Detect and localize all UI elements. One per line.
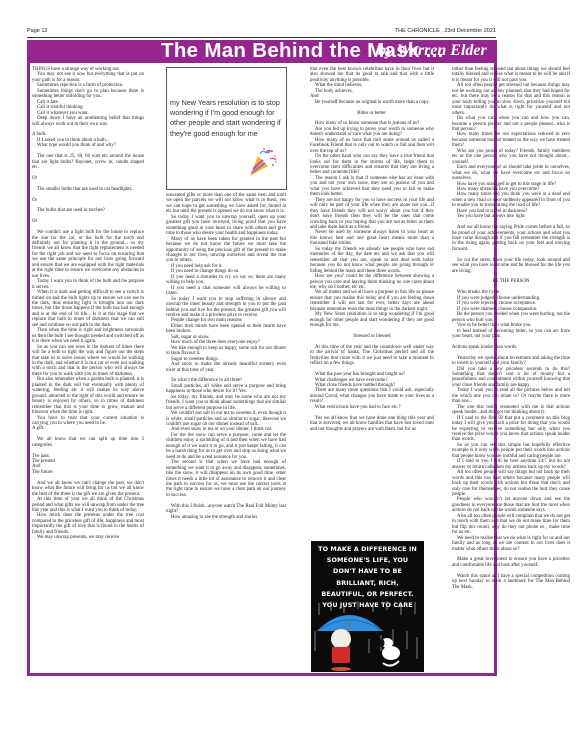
article-paragraph: Who are you proud of today? Friends, fam… xyxy=(452,149,570,165)
article-paragraph: The bulbs that are used in torches? xyxy=(32,208,144,213)
article-paragraph: My New Years resolution is to stop wonde… xyxy=(310,312,434,328)
article-paragraph: And snow to make the already beautiful s… xyxy=(166,362,286,373)
article-paragraph: All too often people will say things but… xyxy=(452,470,570,497)
article-paragraph: How many times did you think you were at… xyxy=(452,192,570,208)
article-paragraph: Today I want you to think of the bulb an… xyxy=(32,279,144,290)
article-paragraph: We couldn't use a light bulb for the hou… xyxy=(32,230,144,279)
article-paragraph: Small particles, all white and serve a p… xyxy=(166,384,286,395)
article-paragraph: Deep down I have an unrelenting belief t… xyxy=(32,116,144,127)
article-column-3: that even the best known celebrities hav… xyxy=(310,67,434,432)
bottom-border xyxy=(27,673,497,676)
page-number: Page 12 xyxy=(27,28,48,34)
article-paragraph: Many of us have been taken for granted i… xyxy=(166,237,286,264)
article-paragraph: Or xyxy=(32,219,144,224)
article-paragraph: Yes you have but always into light. xyxy=(452,214,570,219)
article-paragraph: Either their minds have been opened or t… xyxy=(166,324,286,335)
article-paragraph: If I said to you I will be here anytime … xyxy=(452,459,570,470)
article-paragraph: So today I want you to stop suffering in… xyxy=(166,297,286,319)
article-paragraph: Be yourself because an original is worth… xyxy=(310,100,434,105)
article-paragraph: How amazing to see the strength and stor… xyxy=(166,515,286,520)
article-paragraph: On the other hand who can say they have … xyxy=(310,154,434,176)
article-paragraph: When it is dark and getting difficult to… xyxy=(32,290,144,328)
article-paragraph: There are many more questions that I cou… xyxy=(310,388,434,404)
article-paragraph: Today I want you to read all the picture… xyxy=(452,388,570,404)
article-paragraph: And we all know we can't change the past… xyxy=(32,481,144,497)
byline: by Warren Elder xyxy=(378,42,487,60)
article-paragraph: So today my friends we already see peopl… xyxy=(310,247,434,274)
article-paragraph: Yesterday we spoke about investment and … xyxy=(452,356,570,367)
article-paragraph: BE THE PERSON xyxy=(452,279,570,284)
article-paragraph: Or xyxy=(32,176,144,181)
article-paragraph: They are not happy for you to have succe… xyxy=(310,198,434,231)
caring-quote-poster: TO MAKE A DIFFERENCE IN SOMEONE'S LIFE, … xyxy=(311,541,424,672)
article-paragraph: So as you can see even in the darkest of… xyxy=(32,345,144,378)
article-paragraph: Each and everyone of us should take prid… xyxy=(452,165,570,181)
article-paragraph: We all matter and we all have a purpose … xyxy=(310,290,434,312)
quote-text: my New Years resolution is to stop wonde… xyxy=(170,98,288,139)
article-paragraph: So today, my friends, and may be some wh… xyxy=(166,395,286,411)
article-paragraph: All too often people get stressed out be… xyxy=(452,83,570,116)
article-paragraph: The one that is 25, 40, 60 watt etc arou… xyxy=(32,154,144,170)
article-paragraph: What restrictions have you had to face e… xyxy=(310,405,434,410)
article-paragraph: Then when the time is right and brightne… xyxy=(32,328,144,344)
article-paragraph: Or xyxy=(32,198,144,203)
article-paragraph: So today I want you to unwrap yourself, … xyxy=(166,215,286,237)
article-paragraph: The one that really resonated with me is… xyxy=(452,405,570,416)
article-paragraph: Watch this space as I have a special com… xyxy=(452,574,570,590)
article-paragraph: Did you take a few priceless seconds to … xyxy=(452,367,570,389)
article-paragraph: How many times are our expectations redu… xyxy=(452,132,570,148)
article-paragraph: With this I finish...anyone watch The Re… xyxy=(166,504,286,515)
article-paragraph: But also remember when a garden bulb is … xyxy=(32,377,144,415)
article-paragraph: Stressed or blessed xyxy=(310,334,434,339)
article-paragraph: You have to trust that your current situ… xyxy=(32,416,144,427)
article-paragraph: If I said to the first 50 that put a com… xyxy=(452,416,570,443)
article-paragraph: How many of us have that mill stone arou… xyxy=(310,138,434,154)
article-paragraph: We all know that we can split up time in… xyxy=(32,437,144,448)
title-banner: The Man Behind the Mask ... by Warren El… xyxy=(27,40,497,63)
article-paragraph: You may not see it now but everything th… xyxy=(32,72,144,83)
article-paragraph: Bitter or better. xyxy=(310,111,434,116)
article-paragraph: So as you can see this simple but hopefu… xyxy=(452,443,570,459)
article-paragraph: Also all too often people will complain … xyxy=(452,514,570,536)
article-paragraph: At this time of year we all think of the… xyxy=(32,497,144,513)
article-paragraph: And we all know the saying Pride comes b… xyxy=(452,225,570,252)
article-paragraph: Sometimes things don't go to plan becaus… xyxy=(32,89,144,100)
article-column-4: rather than feeling stressed out about t… xyxy=(452,67,570,590)
article-paragraph: If you need a chat someone will always b… xyxy=(166,286,286,297)
article-column-1: THINGS have a strange way of working out… xyxy=(32,67,144,541)
article-paragraph: Make a great investment to ensure you ha… xyxy=(452,557,570,568)
article-paragraph: What type would you think of and why? xyxy=(32,143,144,148)
article-paragraph: that even the best known celebrities hav… xyxy=(310,67,434,83)
article-paragraph: Actions speak louder than words. xyxy=(452,345,570,350)
article-paragraph: At this time of the year and the countdo… xyxy=(310,345,434,367)
article-paragraph: People who wouldn't let anyone down and … xyxy=(452,497,570,513)
article-paragraph: We need to realise that we do what is ri… xyxy=(452,536,570,552)
article-paragraph: We couldn't put salt in our tea to sweet… xyxy=(166,411,286,427)
article-paragraph: For me the snow can serve a purpose, com… xyxy=(166,433,286,460)
article-paragraph: Are you fed up trying to prove your wort… xyxy=(310,127,434,138)
article-paragraph: rather than feeling stressed out about t… xyxy=(452,67,570,83)
article-paragraph: How much does the presents under the tre… xyxy=(32,513,144,535)
article-paragraph: Be the person you needed when you were h… xyxy=(452,312,570,323)
resolution-quote-box: my New Years resolution is to stop wonde… xyxy=(166,67,287,190)
article-paragraph: The future. xyxy=(32,470,144,475)
article-paragraph: Do what you can, when you can and how yo… xyxy=(452,116,570,132)
article-paragraph: So cut the stress from your life today, … xyxy=(452,258,570,274)
article-paragraph: We may unwrap presents, we may receive xyxy=(32,535,144,540)
article-paragraph: A gift. xyxy=(32,426,144,431)
article-column-2: unwanted gifts or more than one of the s… xyxy=(166,193,286,520)
article-paragraph: If you need a shoulder to cry on say so,… xyxy=(166,275,286,286)
publication-date: THE CHRONICLE , 23rd December 2021 xyxy=(395,28,496,34)
article-paragraph: How are you? could be the difference bet… xyxy=(310,274,434,290)
article-paragraph: to heal instead of becoming bitter, so y… xyxy=(452,329,570,340)
running-header: Page 12 THE CHRONICLE , 23rd December 20… xyxy=(27,28,496,38)
article-paragraph: The reason I ask is that if someone else… xyxy=(310,176,434,198)
article-paragraph: unwanted gifts or more than one of the s… xyxy=(166,193,286,215)
article-paragraph: Yes we all know that we have done one th… xyxy=(310,416,434,432)
article-paragraph: We like enough to keep us happy, some sa… xyxy=(166,346,286,357)
article-paragraph: The smaller bulbs that are used in car h… xyxy=(32,187,144,192)
article-paragraph: Never be used by someone always listen t… xyxy=(310,230,434,246)
article-paragraph: The second is that when we have had enou… xyxy=(166,460,286,498)
party-popper-icon xyxy=(246,146,278,178)
snoopy-umbrella-illustration xyxy=(311,601,424,672)
